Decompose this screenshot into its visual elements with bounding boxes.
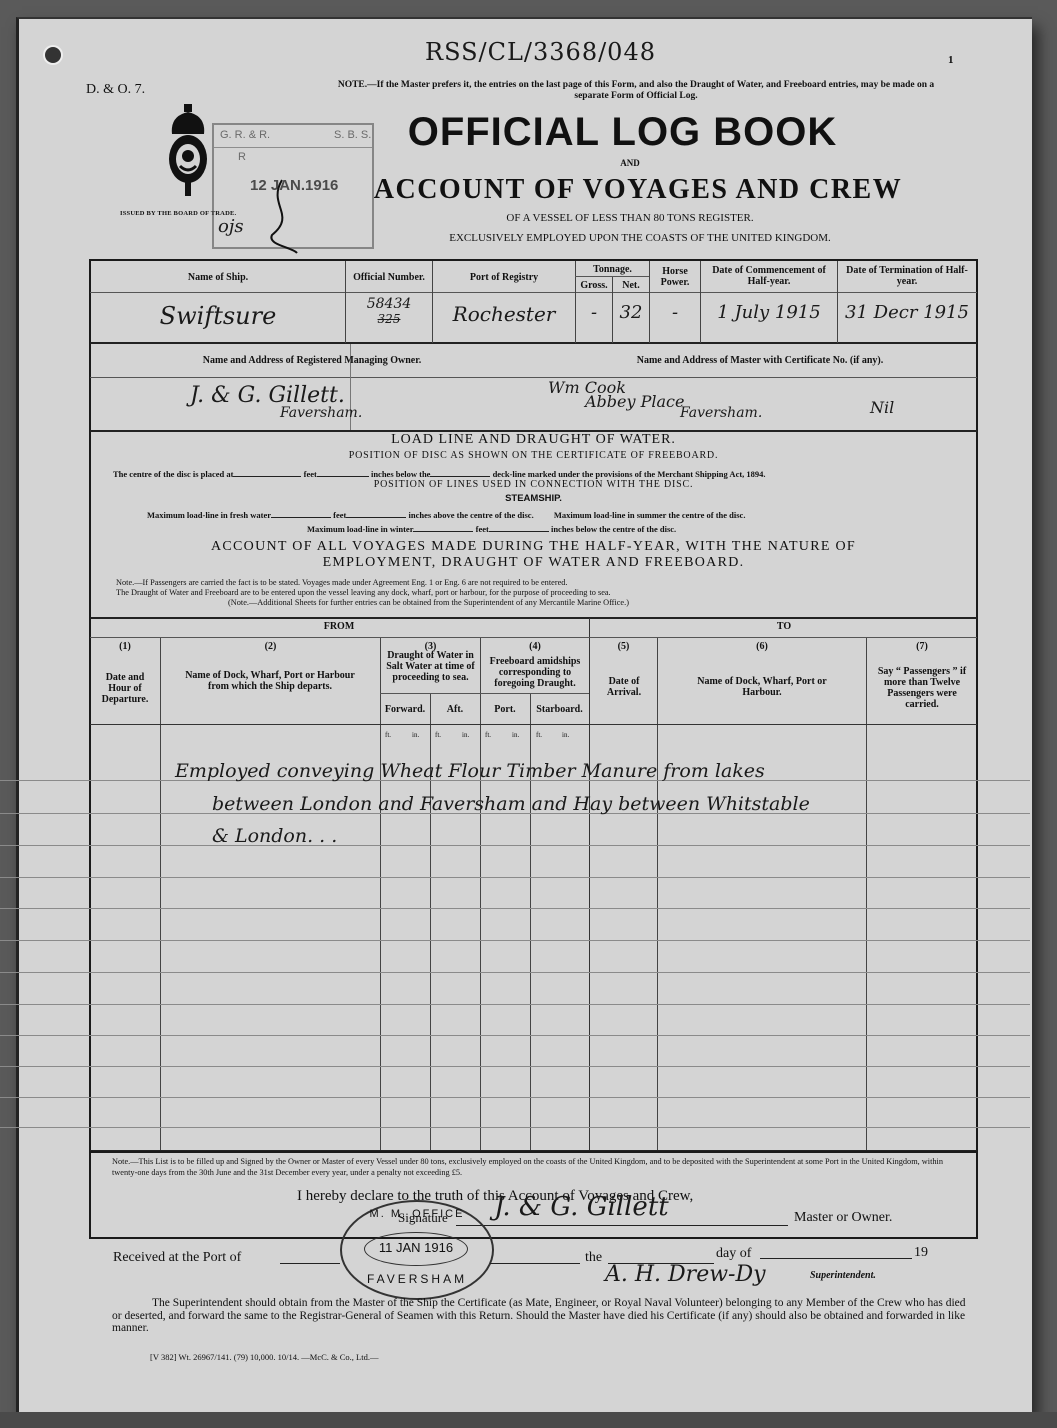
unit-in: in. <box>512 730 519 741</box>
gross-value: - <box>576 302 612 323</box>
col2-label: Name of Dock, Wharf, Port or Harbour fro… <box>185 670 355 692</box>
footer-note: Note.—This List is to be filled up and S… <box>112 1157 952 1178</box>
col3-label: Draught of Water in Salt Water at time o… <box>383 650 478 683</box>
title-line2: EXCLUSIVELY EMPLOYED UPON THE COASTS OF … <box>360 232 920 244</box>
horse-power-value: - <box>650 302 700 323</box>
header-owner: Name and Address of Registered Managing … <box>92 355 532 366</box>
disc-text: deck-line marked under the provisions of… <box>493 469 766 479</box>
port-value: Rochester <box>433 302 575 326</box>
stamp-office: M. M. OFFICE <box>342 1208 492 1220</box>
official-number-value: 58434 <box>346 296 432 312</box>
account-heading-2: EMPLOYMENT, DRAUGHT OF WATER AND FREEBOA… <box>90 555 977 571</box>
stamp-text: R <box>238 151 246 163</box>
owner-address: Faversham. <box>280 405 362 421</box>
header-horse-power: Horse Power. <box>650 266 700 288</box>
master-certificate: Nil <box>870 398 894 417</box>
received-at-label: Received at the Port of <box>113 1250 241 1266</box>
unit-ft: ft. <box>435 730 441 741</box>
royal-crest-icon <box>166 104 210 200</box>
superintendent-signature: A. H. Drew-Dy <box>605 1262 766 1287</box>
account-note-1: Note.—If Passengers are carried the fact… <box>116 578 567 588</box>
col6-label: Name of Dock, Wharf, Port or Harbour. <box>680 676 844 698</box>
winter-text: feet <box>476 524 489 534</box>
load-line-title: LOAD LINE AND DRAUGHT OF WATER. <box>90 432 977 448</box>
unit-in: in. <box>462 730 469 741</box>
disc-position-line: The centre of the disc is placed at feet… <box>113 466 766 479</box>
steamship-heading: STEAMSHIP. <box>90 493 977 504</box>
col2-num: (2) <box>161 641 380 652</box>
header-gross: Gross. <box>576 280 612 291</box>
initial-scribble-icon <box>262 175 302 255</box>
title-line1: OF A VESSEL OF LESS THAN 80 TONS REGISTE… <box>420 212 840 224</box>
summer-text: Maximum load-line in summer the centre o… <box>554 510 746 520</box>
header-port: Port of Registry <box>433 272 575 283</box>
commencement-value: 1 July 1915 <box>701 302 837 323</box>
the-label: the <box>585 1250 602 1266</box>
owner-signature[interactable]: J. & G. Gillett <box>494 1192 669 1222</box>
fresh-water-line: Maximum load-line in fresh water feet in… <box>147 507 745 520</box>
col5-label: Date of Arrival. <box>598 676 650 698</box>
voyage-entry-line-1: Employed conveying Wheat Flour Timber Ma… <box>175 760 765 782</box>
account-note-2: The Draught of Water and Freeboard are t… <box>116 588 611 598</box>
header-commencement: Date of Commencement of Half-year. <box>701 265 837 287</box>
header-master: Name and Address of Master with Certific… <box>560 355 960 366</box>
disc-text: The centre of the disc is placed at <box>113 469 233 479</box>
mm-office-stamp: M. M. OFFICE 11 JAN 1916 FAVERSHAM <box>340 1200 494 1300</box>
col6-num: (6) <box>658 641 866 652</box>
voyage-entry-line-3: & London. . . <box>212 825 337 847</box>
title-main: OFFICIAL LOG BOOK <box>360 110 885 155</box>
year-prefix: 19 <box>914 1245 928 1261</box>
unit-ft: ft. <box>536 730 542 741</box>
unit-in: in. <box>412 730 419 741</box>
fresh-text: inches above the centre of the disc. <box>409 510 534 520</box>
disc-text: feet <box>304 469 317 479</box>
unit-ft: ft. <box>385 730 391 741</box>
col4-num: (4) <box>481 641 589 652</box>
superintendent-label: Superintendent. <box>810 1270 876 1281</box>
disc-text: inches below the <box>371 469 431 479</box>
initials: ojs <box>218 216 244 237</box>
col7-num: (7) <box>867 641 977 652</box>
col4-label: Freeboard amidships corresponding to for… <box>483 656 587 689</box>
master-address-2: Faversham. <box>680 405 762 421</box>
col7-label: Say “ Passengers ” if more than Twelve P… <box>872 666 972 710</box>
stamp-text: G. R. & R. <box>220 129 270 141</box>
archive-reference: RSS/CL/3368/048 <box>425 38 656 66</box>
unit-in: in. <box>562 730 569 741</box>
master-address-1: Abbey Place <box>585 392 684 411</box>
official-number-struck: 325 <box>346 312 432 326</box>
disc-heading: POSITION OF DISC AS SHOWN ON THE CERTIFI… <box>90 450 977 461</box>
superintendent-instruction: The Superintendent should obtain from th… <box>112 1297 970 1335</box>
fresh-text: Maximum load-line in fresh water <box>147 510 271 520</box>
header-net: Net. <box>613 280 649 291</box>
sub-starboard: Starboard. <box>530 704 589 715</box>
header-ship-name: Name of Ship. <box>92 272 344 283</box>
net-value: 32 <box>613 302 649 323</box>
page-number: 1 <box>948 54 954 66</box>
ship-name-value: Swiftsure <box>92 302 344 330</box>
termination-value: 31 Decr 1915 <box>838 302 976 323</box>
master-or-owner-label: Master or Owner. <box>794 1210 892 1226</box>
note-top: NOTE.—If the Master prefers it, the entr… <box>330 80 942 102</box>
stamp-port: FAVERSHAM <box>342 1272 492 1286</box>
col1-label: Date and Hour of Departure. <box>98 672 152 705</box>
voyage-entry-line-2: between London and Faversham and Hay bet… <box>212 793 810 815</box>
account-note-3: (Note.—Additional Sheets for further ent… <box>228 598 629 608</box>
header-termination: Date of Termination of Half-year. <box>838 265 976 287</box>
title-sub: ACCOUNT OF VOYAGES AND CREW <box>336 174 940 206</box>
col1-num: (1) <box>90 641 160 652</box>
sub-forward: Forward. <box>380 704 430 715</box>
form-code: D. & O. 7. <box>86 82 145 98</box>
punch-hole <box>45 47 61 63</box>
printer-imprint: [V 382] Wt. 26967/141. (79) 10,000. 10/1… <box>150 1352 378 1362</box>
lines-heading: POSITION OF LINES USED IN CONNECTION WIT… <box>90 479 977 490</box>
to-heading: TO <box>591 621 977 632</box>
page-shadow <box>0 1412 1057 1428</box>
account-heading-1: ACCOUNT OF ALL VOYAGES MADE DURING THE H… <box>90 539 977 555</box>
day-of-label: day of <box>716 1246 751 1262</box>
winter-line: Maximum load-line in winter feet inches … <box>307 521 676 534</box>
header-official-number: Official Number. <box>346 272 432 283</box>
from-heading: FROM <box>90 621 588 632</box>
sub-aft: Aft. <box>430 704 480 715</box>
winter-text: inches below the centre of the disc. <box>551 524 676 534</box>
title-and: AND <box>600 158 660 168</box>
unit-ft: ft. <box>485 730 491 741</box>
sub-port: Port. <box>480 704 530 715</box>
stamp-date: 11 JAN 1916 <box>364 1240 468 1255</box>
signature-line <box>456 1225 788 1226</box>
fresh-text: feet <box>333 510 346 520</box>
winter-text: Maximum load-line in winter <box>307 524 413 534</box>
header-tonnage: Tonnage. <box>576 264 649 275</box>
col5-num: (5) <box>590 641 657 652</box>
